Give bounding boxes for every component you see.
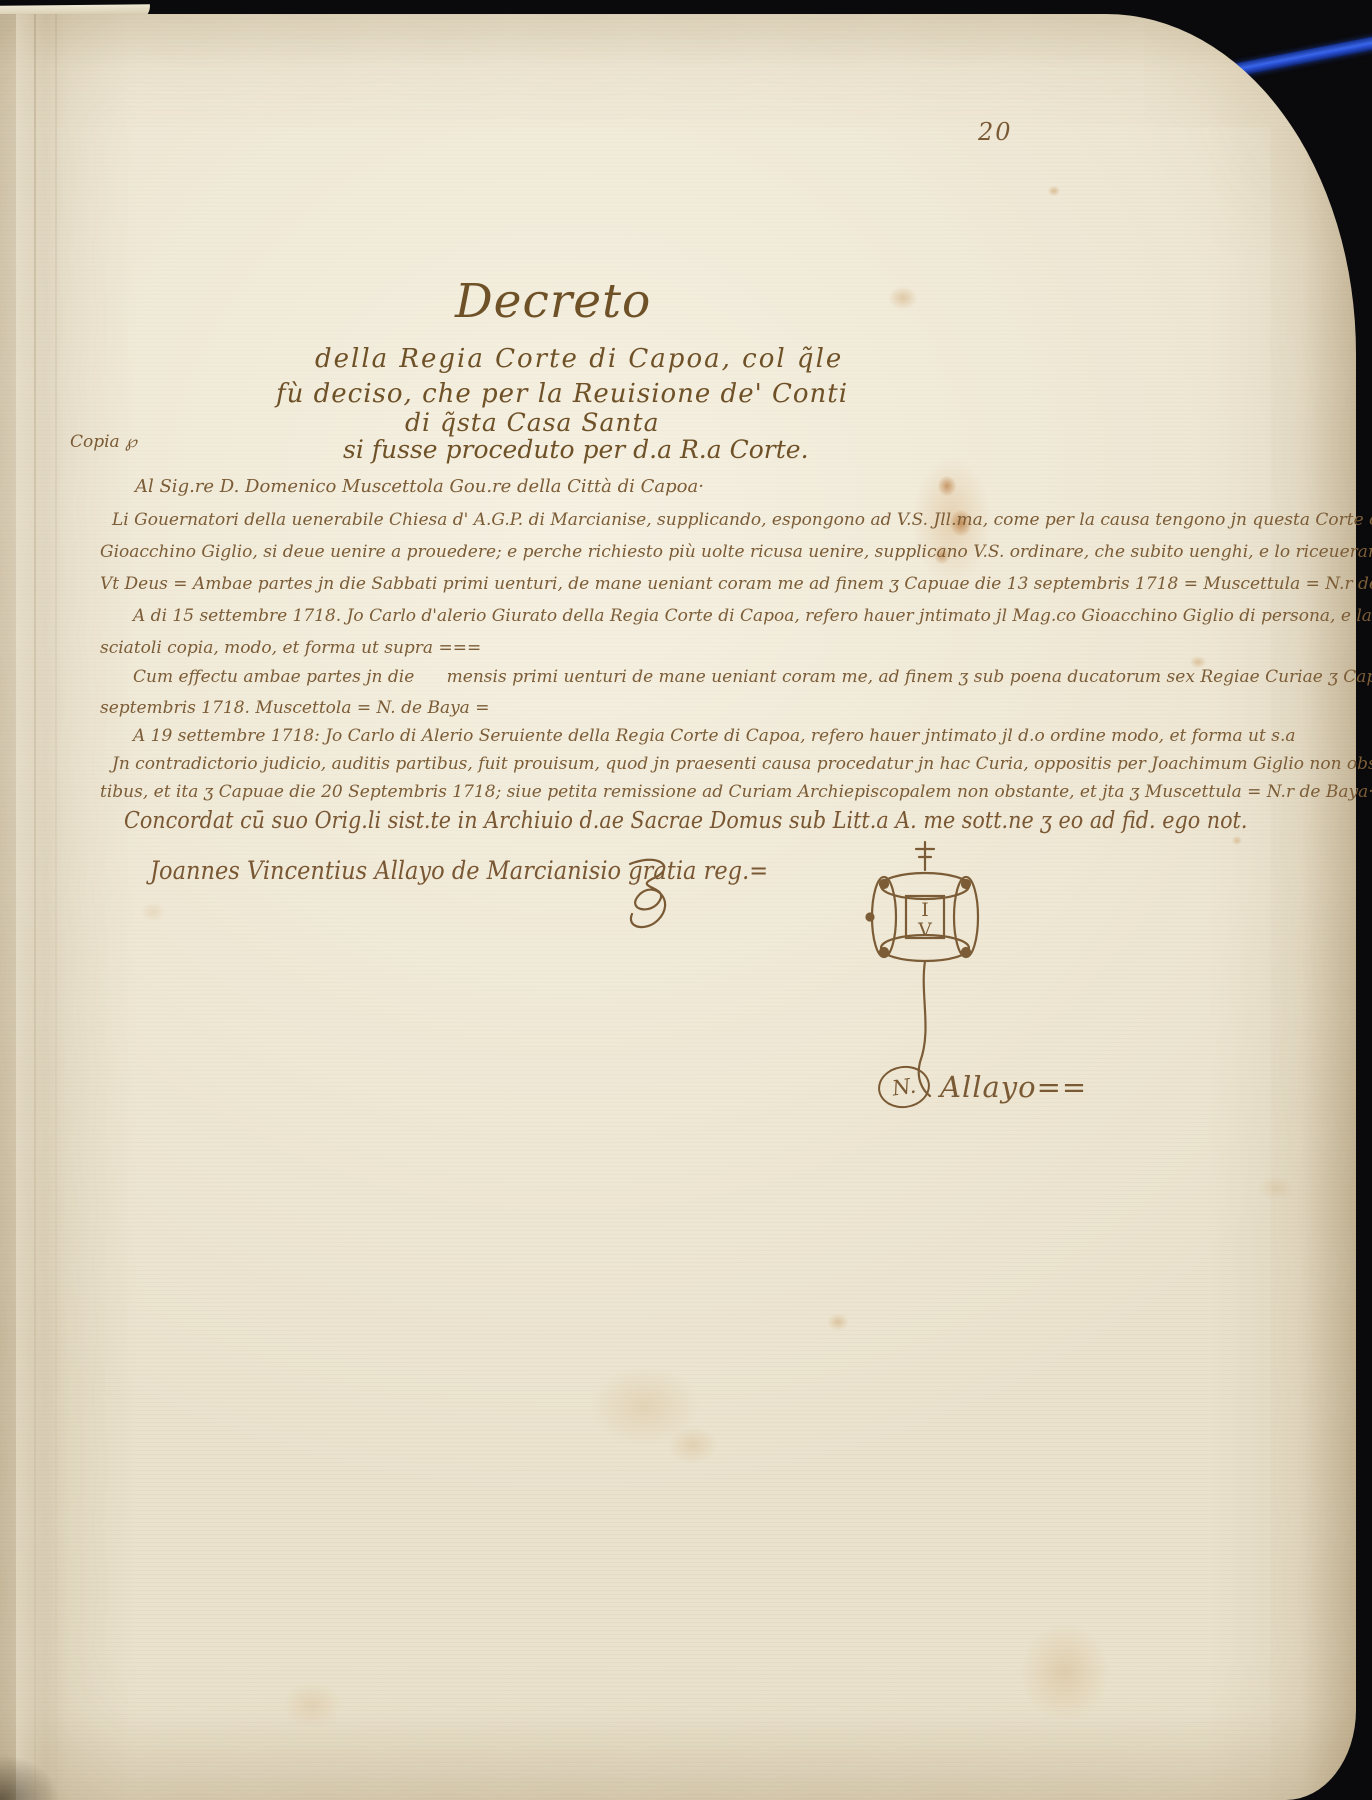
page-gutter-crease — [34, 14, 36, 1800]
title-line-2: della Regia Corte di Capoa, col q̃le — [315, 344, 843, 374]
page-gutter-highlight — [16, 14, 46, 1800]
margin-note-copia: Copia ℘ — [70, 432, 137, 452]
authentication-line-1: Concordat cū suo Orig.li sist.te in Arch… — [124, 808, 1247, 834]
page-gutter-crease — [55, 14, 57, 1800]
body-line: Cum effectu ambae partes jn die mensis p… — [133, 667, 1372, 687]
folio-number: 20 — [978, 118, 1013, 146]
foxing-stain — [1048, 186, 1060, 196]
body-line: sciatoli copia, modo, et forma ut supra … — [100, 638, 481, 658]
foxing-stain — [1020, 1622, 1110, 1722]
body-line: tibus, et ita ʒ Capuae die 20 Septembris… — [100, 782, 1372, 802]
title-line-5: si fusse proceduto per d.a R.a Corte. — [343, 435, 809, 464]
foxing-stain — [938, 476, 956, 496]
notary-monogram-top: I — [921, 899, 929, 921]
manuscript-page: 20 Copia ℘ Decreto della Regia Corte di … — [0, 14, 1356, 1800]
title-line-3: fù deciso, che per la Reuisione de' Cont… — [276, 379, 848, 409]
foxing-stain — [282, 1682, 342, 1728]
body-line: A di 15 settembre 1718. Jo Carlo d'aleri… — [133, 606, 1372, 626]
foxing-stain — [1232, 836, 1242, 845]
body-line: Li Gouernatori della uenerabile Chiesa d… — [112, 510, 1372, 530]
signature-initial: N. — [875, 1063, 932, 1112]
foxing-stain — [590, 1366, 700, 1446]
title-line-4: di q̃sta Casa Santa — [405, 408, 659, 437]
body-line: Vt Deus = Ambae partes jn die Sabbati pr… — [100, 574, 1372, 594]
page-corner-shadow — [0, 1754, 60, 1800]
signature-name: Allayo== — [940, 1070, 1087, 1104]
body-line: septembris 1718. Muscettola = N. de Baya… — [100, 698, 489, 718]
body-line-salutation: Al Sig.re D. Domenico Muscettola Gou.re … — [135, 476, 704, 497]
foxing-stain — [668, 1426, 718, 1464]
foxing-stain — [140, 902, 166, 922]
body-line: Jn contradictorio judicio, auditis parti… — [112, 754, 1372, 774]
title-decreto: Decreto — [455, 274, 651, 329]
foxing-stain — [888, 286, 918, 310]
foxing-stain — [828, 1314, 848, 1330]
notary-signature: N. Allayo== — [878, 1066, 1087, 1108]
body-line: A 19 settembre 1718: Jo Carlo di Alerio … — [133, 726, 1296, 746]
body-line: Gioacchino Giglio, si deue uenire a prou… — [100, 542, 1372, 562]
paraph-flourish-icon — [610, 850, 690, 940]
foxing-stain — [1258, 1176, 1294, 1200]
notary-monogram-bottom: V — [917, 919, 932, 941]
